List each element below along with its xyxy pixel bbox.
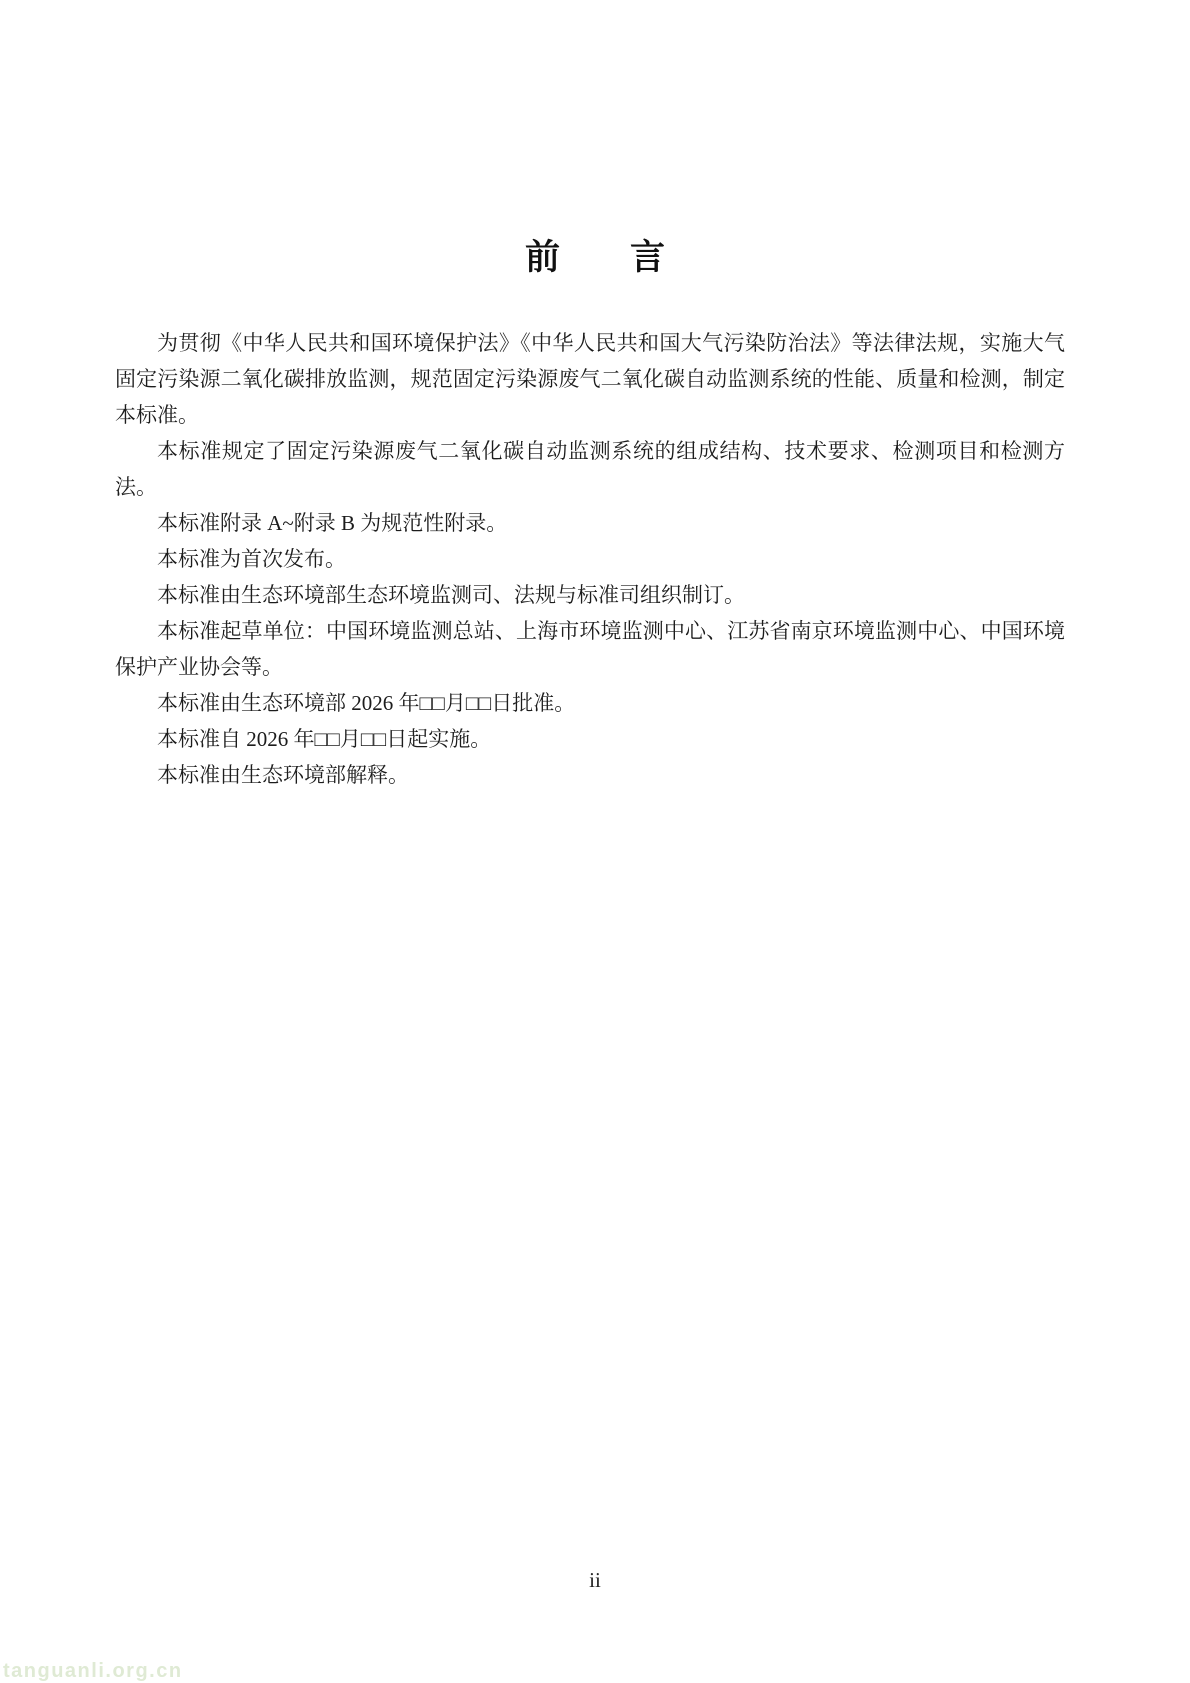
paragraph-implementation-date: 本标准自 2026 年□□月□□日起实施。	[115, 721, 1065, 757]
foreword-body: 为贯彻《中华人民共和国环境保护法》《中华人民共和国大气污染防治法》等法律法规，实…	[115, 325, 1065, 793]
paragraph-interpretation: 本标准由生态环境部解释。	[115, 757, 1065, 793]
watermark: tanguanli.org.cn	[3, 1660, 183, 1683]
page-title: 前 言	[0, 238, 1190, 278]
paragraph-purpose: 为贯彻《中华人民共和国环境保护法》《中华人民共和国大气污染防治法》等法律法规，实…	[115, 325, 1065, 433]
page-number: ii	[0, 1566, 1190, 1594]
document-page: 前 言 为贯彻《中华人民共和国环境保护法》《中华人民共和国大气污染防治法》等法律…	[0, 0, 1190, 1683]
paragraph-organizers: 本标准由生态环境部生态环境监测司、法规与标准司组织制订。	[115, 577, 1065, 613]
paragraph-appendices: 本标准附录 A~附录 B 为规范性附录。	[115, 505, 1065, 541]
paragraph-drafting-units: 本标准起草单位：中国环境监测总站、上海市环境监测中心、江苏省南京环境监测中心、中…	[115, 613, 1065, 685]
paragraph-approval-date: 本标准由生态环境部 2026 年□□月□□日批准。	[115, 685, 1065, 721]
paragraph-scope: 本标准规定了固定污染源废气二氧化碳自动监测系统的组成结构、技术要求、检测项目和检…	[115, 433, 1065, 505]
paragraph-first-release: 本标准为首次发布。	[115, 541, 1065, 577]
